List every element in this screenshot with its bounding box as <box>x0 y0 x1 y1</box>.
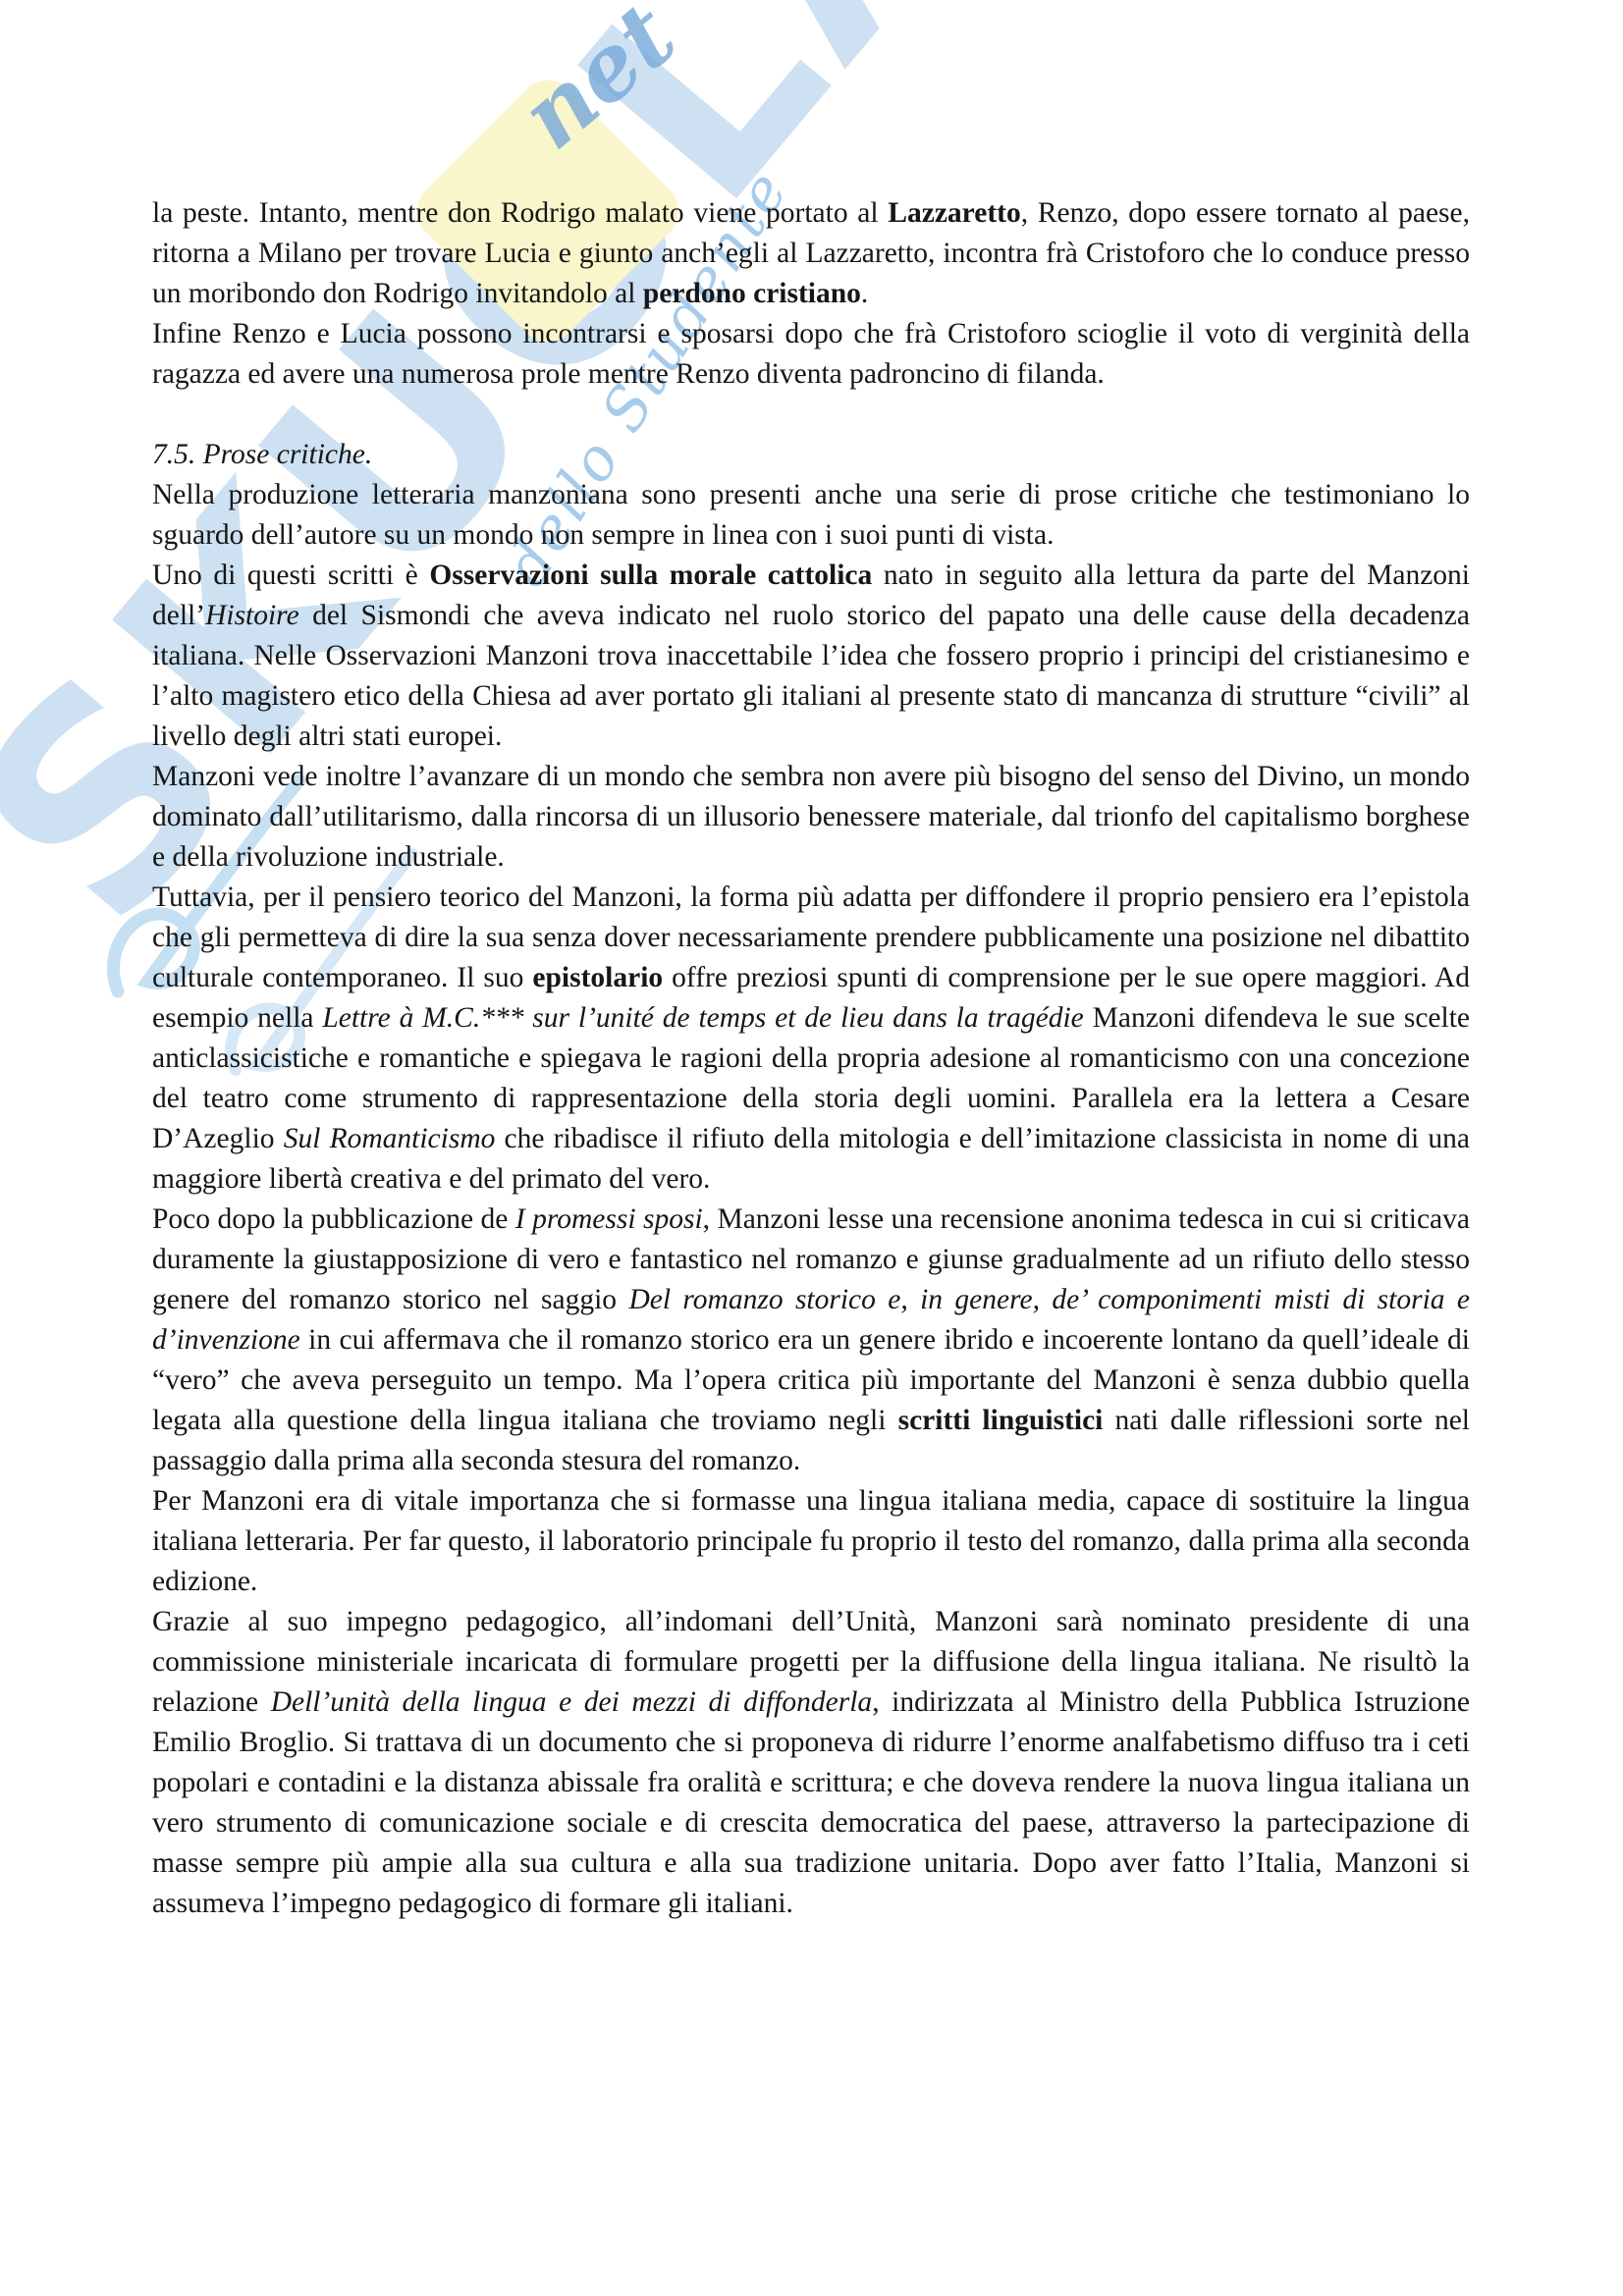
text-run: Manzoni vede inoltre l’avanzare di un mo… <box>152 761 1470 873</box>
paragraph: Poco dopo la pubblicazione de I promessi… <box>152 1200 1470 1481</box>
text-run: Uno di questi scritti è <box>152 560 429 591</box>
italic-run: Dell’unità della lingua e dei mezzi di d… <box>271 1686 873 1718</box>
text-run: , indirizzata al Ministro della Pubblica… <box>152 1686 1470 1919</box>
text-run: Nella produzione letteraria manzoniana s… <box>152 479 1470 551</box>
text-run: Infine Renzo e Lucia possono incontrarsi… <box>152 318 1470 390</box>
bold-run: Osservazioni sulla morale cattolica <box>429 560 872 591</box>
text-run: 7.5. Prose critiche. <box>152 439 372 470</box>
paragraph: Per Manzoni era di vitale importanza che… <box>152 1481 1470 1602</box>
paragraph: Nella produzione letteraria manzoniana s… <box>152 475 1470 556</box>
text-run: Per Manzoni era di vitale importanza che… <box>152 1485 1470 1597</box>
italic-run: Histoire <box>205 600 299 631</box>
text-run: . <box>861 278 868 309</box>
document-body: la peste. Intanto, mentre don Rodrigo ma… <box>152 193 1470 1924</box>
italic-run: Lettre à M.C.*** sur l’unité de temps et… <box>322 1002 1083 1034</box>
paragraph: Grazie al suo impegno pedagogico, all’in… <box>152 1602 1470 1924</box>
italic-run: Sul Romanticismo <box>284 1123 496 1154</box>
text-run: Poco dopo la pubblicazione de <box>152 1203 515 1235</box>
bold-run: Lazzaretto <box>888 197 1020 229</box>
paragraph: Manzoni vede inoltre l’avanzare di un mo… <box>152 757 1470 878</box>
paragraph: Uno di questi scritti è Osservazioni sul… <box>152 556 1470 757</box>
bold-run: epistolario <box>532 962 663 993</box>
italic-run: I promessi sposi <box>515 1203 703 1235</box>
bold-run: scritti linguistici <box>898 1405 1104 1436</box>
paragraph: Tuttavia, per il pensiero teorico del Ma… <box>152 878 1470 1200</box>
section-heading: 7.5. Prose critiche. <box>152 435 1470 475</box>
paragraph: Infine Renzo e Lucia possono incontrarsi… <box>152 314 1470 395</box>
bold-run: perdono cristiano <box>643 278 861 309</box>
document-page: SKUOLA net dello Studente la peste. Inta… <box>0 0 1623 2296</box>
paragraph: la peste. Intanto, mentre don Rodrigo ma… <box>152 193 1470 314</box>
text-run: del Sismondi che aveva indicato nel ruol… <box>152 600 1470 752</box>
text-run: la peste. Intanto, mentre don Rodrigo ma… <box>152 197 888 229</box>
